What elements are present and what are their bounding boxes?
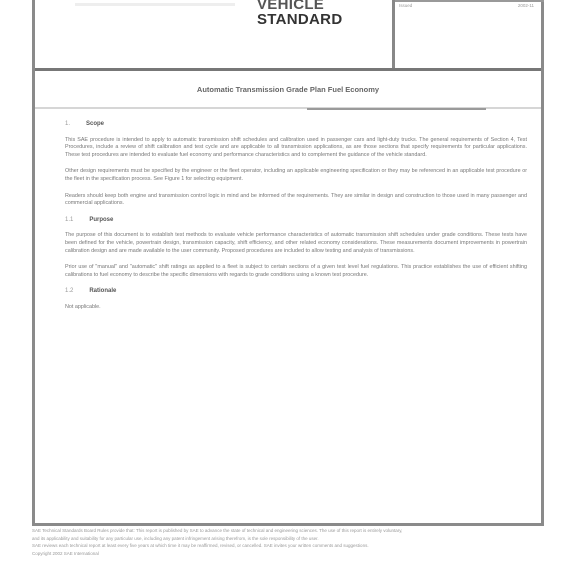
section-title: Rationale [89,288,116,296]
footer-line: SAE Technical Standards Board Rules prov… [32,527,544,535]
footer-line: and its applicability and suitability fo… [32,535,544,543]
info-block-top-bar [395,0,544,2]
document-header: VEHICLE STANDARD Issued 2002-11 [35,0,541,71]
paragraph: This SAE procedure is intended to apply … [65,137,527,160]
header-info-block: Issued 2002-11 [392,0,544,68]
section-number: 1. [65,121,70,129]
standard-label: VEHICLE STANDARD [257,0,342,27]
paragraph: Other design requirements must be specif… [65,168,527,183]
info-value: 2002-11 [518,3,534,8]
standard-label-line2: STANDARD [257,12,342,27]
document-title: Automatic Transmission Grade Plan Fuel E… [35,85,541,94]
divider-dark [307,108,486,110]
footer-line: SAE reviews each technical report at lea… [32,542,544,550]
document-footer: SAE Technical Standards Board Rules prov… [32,527,544,557]
section-heading-scope: 1. Scope [65,121,527,129]
paragraph: Prior use of "manual" and "automatic" sh… [65,264,527,279]
section-title: Scope [86,121,104,129]
faint-header-text [75,3,235,6]
section-title: Purpose [89,217,113,225]
section-heading-purpose: 1.1 Purpose [65,217,527,225]
paragraph: Readers should keep both engine and tran… [65,193,527,208]
info-label: Issued [399,3,412,8]
footer-line: Copyright 2002 SAE International [32,550,544,558]
paragraph: The purpose of this document is to estab… [65,232,527,255]
document-page: VEHICLE STANDARD Issued 2002-11 Automati… [32,0,544,526]
info-row: Issued 2002-11 [399,3,534,8]
header-left-block: VEHICLE STANDARD [35,0,392,68]
paragraph: Not applicable. [65,304,527,312]
section-heading-rationale: 1.2 Rationale [65,288,527,296]
section-number: 1.1 [65,217,73,225]
document-body: 1. Scope This SAE procedure is intended … [65,121,527,321]
section-number: 1.2 [65,288,73,296]
